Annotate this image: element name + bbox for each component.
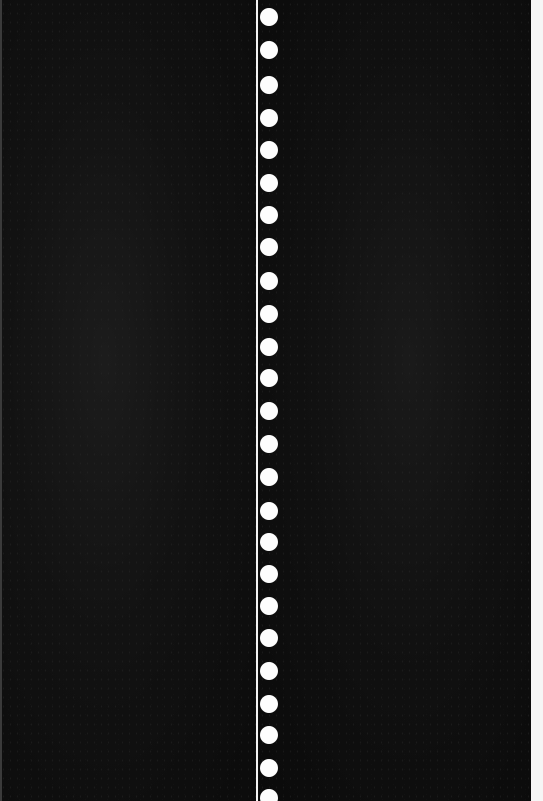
binding-hole [260, 174, 278, 192]
binding-hole [260, 76, 278, 94]
binding-hole [260, 41, 278, 59]
binding-hole [260, 789, 278, 801]
binding-hole [260, 206, 278, 224]
binding-hole [260, 338, 278, 356]
right-page-margin [531, 0, 543, 801]
binding-hole [260, 502, 278, 520]
binding-hole [260, 662, 278, 680]
binding-hole [260, 629, 278, 647]
binding-hole [260, 272, 278, 290]
binding-hole [260, 402, 278, 420]
right-page-panel [259, 0, 531, 801]
left-page-panel [0, 0, 258, 801]
binding-hole [260, 305, 278, 323]
binding-hole [260, 8, 278, 26]
binding-fold-line [256, 0, 258, 801]
binding-hole [260, 238, 278, 256]
binding-hole [260, 759, 278, 777]
binding-hole [260, 726, 278, 744]
binding-hole [260, 533, 278, 551]
binding-hole [260, 141, 278, 159]
binding-hole [260, 109, 278, 127]
binding-hole [260, 695, 278, 713]
binding-hole [260, 565, 278, 583]
binding-hole [260, 468, 278, 486]
binding-hole [260, 597, 278, 615]
binding-hole [260, 435, 278, 453]
binding-hole [260, 369, 278, 387]
